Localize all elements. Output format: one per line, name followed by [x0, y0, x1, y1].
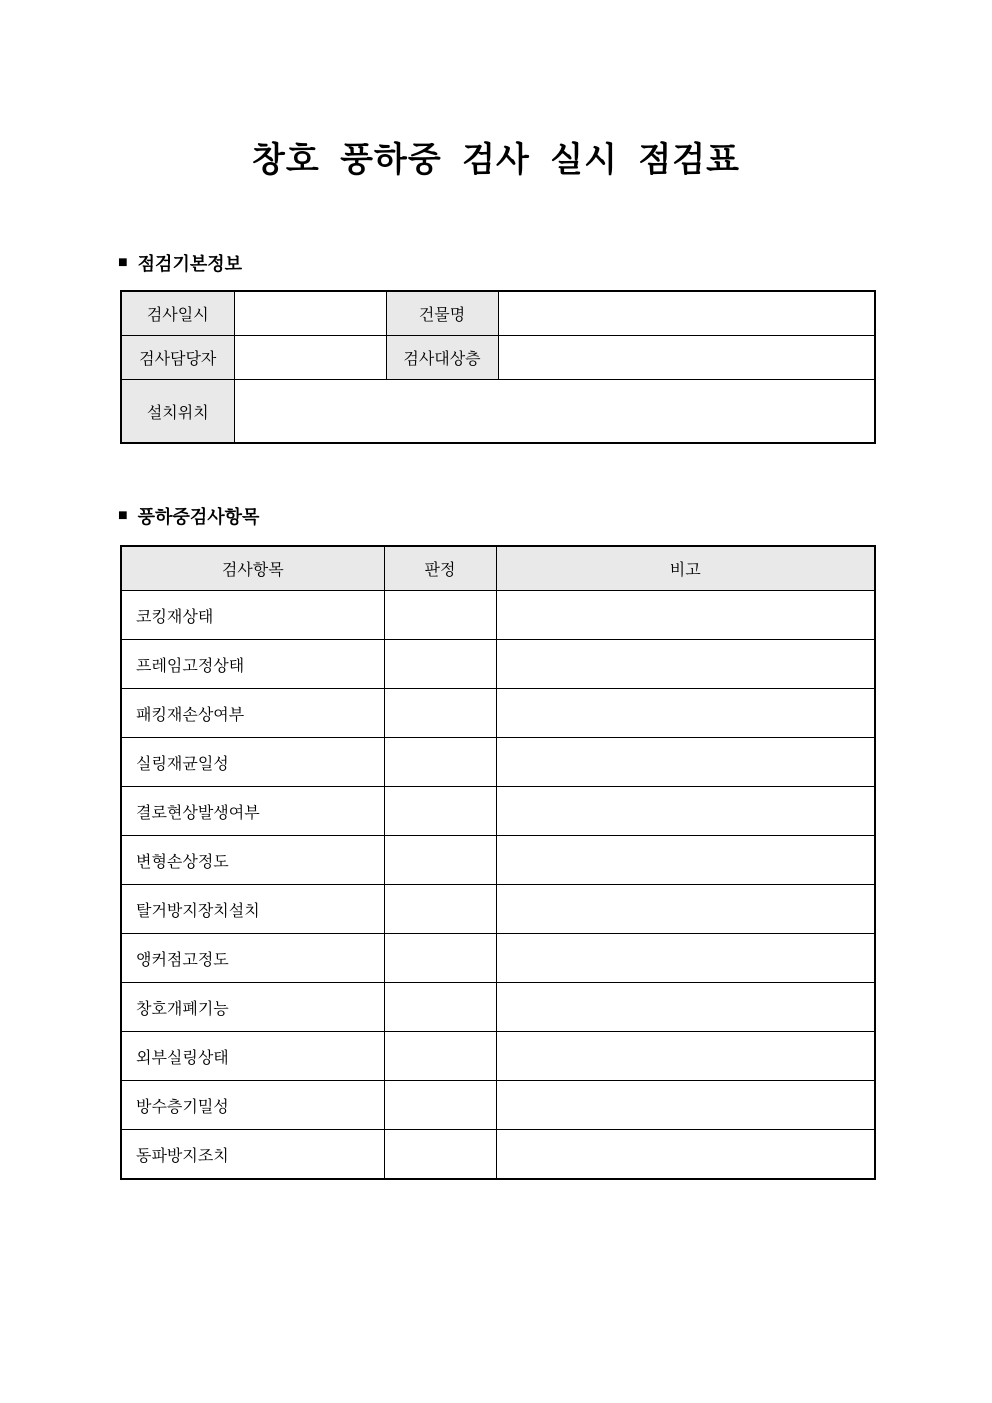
inspector-label: 검사담당자 — [121, 336, 234, 380]
building-name-value-cell[interactable] — [498, 291, 875, 336]
item-label: 창호개폐기능 — [121, 983, 384, 1032]
result-cell[interactable] — [384, 1032, 496, 1081]
inspector-value-cell[interactable] — [234, 336, 386, 380]
item-label: 외부실링상태 — [121, 1032, 384, 1081]
col-result-header: 판정 — [384, 546, 496, 591]
basic-info-row: 검사담당자 검사대상층 — [121, 336, 875, 380]
result-cell[interactable] — [384, 591, 496, 640]
item-label: 앵커점고정도 — [121, 934, 384, 983]
item-label: 동파방지조치 — [121, 1130, 384, 1180]
note-cell[interactable] — [496, 885, 875, 934]
checklist-section-heading: ■ 풍하중검사항목 — [118, 503, 259, 529]
target-floor-value-cell[interactable] — [498, 336, 875, 380]
checklist-row: 외부실링상태 — [121, 1032, 875, 1081]
item-label: 코킹재상태 — [121, 591, 384, 640]
item-label: 실링재균일성 — [121, 738, 384, 787]
checklist-row: 결로현상발생여부 — [121, 787, 875, 836]
result-cell[interactable] — [384, 689, 496, 738]
note-cell[interactable] — [496, 1032, 875, 1081]
result-cell[interactable] — [384, 885, 496, 934]
item-label: 패킹재손상여부 — [121, 689, 384, 738]
checklist-row: 변형손상정도 — [121, 836, 875, 885]
basic-info-section-heading: ■ 점검기본정보 — [118, 250, 242, 276]
note-cell[interactable] — [496, 934, 875, 983]
checklist-row: 패킹재손상여부 — [121, 689, 875, 738]
checklist-row: 동파방지조치 — [121, 1130, 875, 1180]
item-label: 변형손상정도 — [121, 836, 384, 885]
note-cell[interactable] — [496, 738, 875, 787]
result-cell[interactable] — [384, 836, 496, 885]
item-label: 프레임고정상태 — [121, 640, 384, 689]
result-cell[interactable] — [384, 1081, 496, 1130]
install-location-value-cell[interactable] — [234, 380, 875, 444]
document-title: 창호 풍하중 검사 실시 점검표 — [0, 132, 992, 181]
inspection-date-label: 검사일시 — [121, 291, 234, 336]
basic-info-row: 검사일시 건물명 — [121, 291, 875, 336]
checklist-header-row: 검사항목 판정 비고 — [121, 546, 875, 591]
item-label: 결로현상발생여부 — [121, 787, 384, 836]
note-cell[interactable] — [496, 1130, 875, 1180]
result-cell[interactable] — [384, 983, 496, 1032]
col-item-header: 검사항목 — [121, 546, 384, 591]
basic-info-heading-label: 점검기본정보 — [138, 250, 242, 276]
note-cell[interactable] — [496, 836, 875, 885]
target-floor-label: 검사대상층 — [386, 336, 498, 380]
checklist-row: 코킹재상태 — [121, 591, 875, 640]
note-cell[interactable] — [496, 1081, 875, 1130]
checklist-row: 창호개폐기능 — [121, 983, 875, 1032]
item-label: 탈거방지장치설치 — [121, 885, 384, 934]
note-cell[interactable] — [496, 591, 875, 640]
building-name-label: 건물명 — [386, 291, 498, 336]
checklist-heading-label: 풍하중검사항목 — [138, 503, 260, 529]
square-bullet-icon: ■ — [118, 255, 128, 271]
basic-info-table: 검사일시 건물명 검사담당자 검사대상층 설치위치 — [120, 290, 876, 444]
col-note-header: 비고 — [496, 546, 875, 591]
install-location-label: 설치위치 — [121, 380, 234, 444]
document-page: 창호 풍하중 검사 실시 점검표 ■ 점검기본정보 검사일시 건물명 검사담당자… — [0, 0, 992, 1403]
note-cell[interactable] — [496, 640, 875, 689]
result-cell[interactable] — [384, 934, 496, 983]
result-cell[interactable] — [384, 738, 496, 787]
note-cell[interactable] — [496, 689, 875, 738]
item-label: 방수층기밀성 — [121, 1081, 384, 1130]
checklist-row: 실링재균일성 — [121, 738, 875, 787]
inspection-date-value-cell[interactable] — [234, 291, 386, 336]
result-cell[interactable] — [384, 787, 496, 836]
note-cell[interactable] — [496, 787, 875, 836]
checklist-row: 앵커점고정도 — [121, 934, 875, 983]
note-cell[interactable] — [496, 983, 875, 1032]
checklist-row: 탈거방지장치설치 — [121, 885, 875, 934]
checklist-row: 방수층기밀성 — [121, 1081, 875, 1130]
result-cell[interactable] — [384, 640, 496, 689]
basic-info-row: 설치위치 — [121, 380, 875, 444]
square-bullet-icon: ■ — [118, 508, 128, 524]
result-cell[interactable] — [384, 1130, 496, 1180]
checklist-table: 검사항목 판정 비고 코킹재상태 프레임고정상태 패킹재손상여부 실링재균일성 — [120, 545, 876, 1180]
checklist-row: 프레임고정상태 — [121, 640, 875, 689]
